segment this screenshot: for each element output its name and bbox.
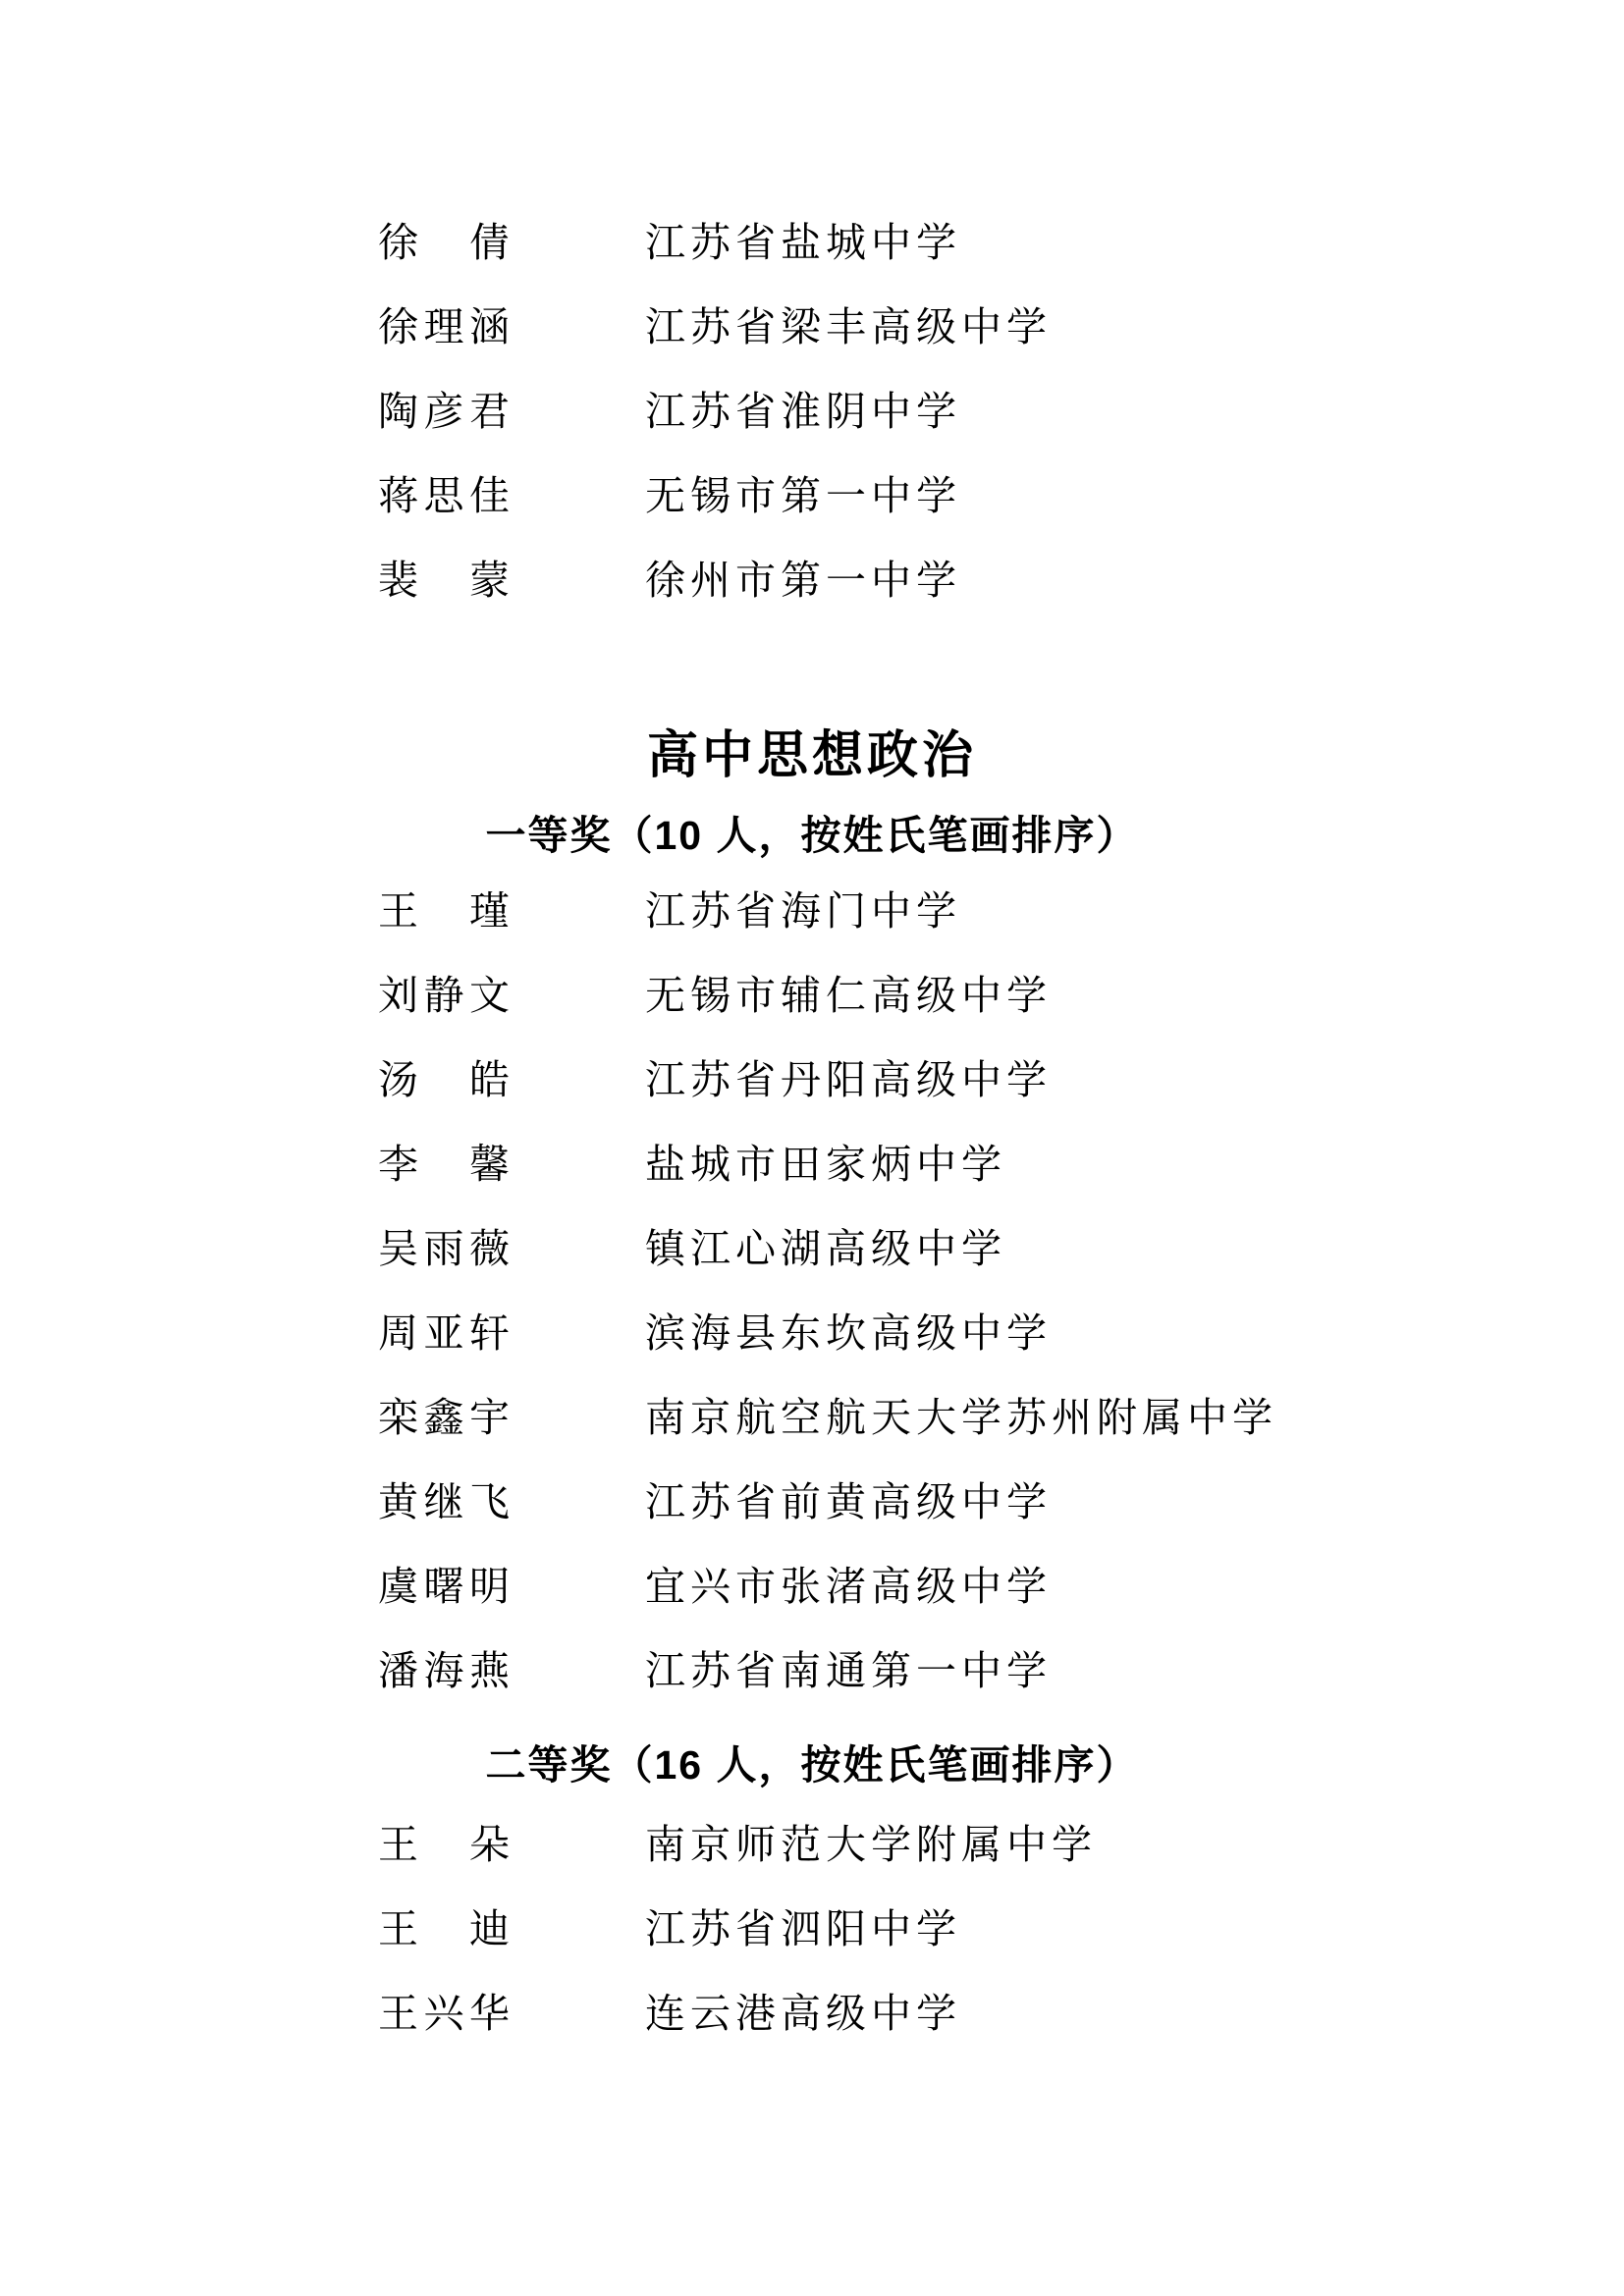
awardee-name: 徐理涵	[378, 307, 510, 347]
awardee-school: 江苏省盐城中学	[645, 223, 961, 263]
document-page: 徐 倩 江苏省盐城中学 徐理涵 江苏省梁丰高级中学 陶彦君 江苏省淮阴中学 蒋思…	[0, 0, 1624, 2296]
awardee-name: 栾鑫宇	[378, 1398, 510, 1438]
award-entry-row: 潘海燕 江苏省南通第一中学	[0, 1629, 1624, 1713]
award-entry-row: 蒋思佳 无锡市第一中学	[0, 454, 1624, 538]
awardee-school: 江苏省梁丰高级中学	[645, 307, 1052, 347]
awardee-name: 王 迪	[378, 1909, 510, 1949]
awardee-school: 江苏省南通第一中学	[645, 1651, 1052, 1691]
prize-group-heading-second: 二等奖（16 人，按姓氏笔画排序）	[0, 1729, 1624, 1793]
award-entry-row: 王 迪 江苏省泗阳中学	[0, 1887, 1624, 1971]
award-entry-row: 栾鑫宇 南京航空航天大学苏州附属中学	[0, 1375, 1624, 1460]
awardee-school: 无锡市第一中学	[645, 476, 961, 516]
section-title: 高中思想政治	[0, 701, 1624, 799]
awardee-school: 镇江心湖高级中学	[645, 1229, 1006, 1269]
award-entry-row: 刘静文 无锡市辅仁高级中学	[0, 953, 1624, 1038]
award-entry-row: 周亚轩 滨海县东坎高级中学	[0, 1291, 1624, 1375]
awardee-school: 江苏省泗阳中学	[645, 1909, 961, 1949]
award-entry-row: 李 馨 盐城市田家炳中学	[0, 1122, 1624, 1206]
award-entry-row: 徐理涵 江苏省梁丰高级中学	[0, 285, 1624, 369]
awardee-school: 连云港高级中学	[645, 1994, 961, 2034]
awardee-school: 宜兴市张渚高级中学	[645, 1567, 1052, 1607]
award-entry-row: 吴雨薇 镇江心湖高级中学	[0, 1206, 1624, 1291]
awardee-name: 周亚轩	[378, 1313, 510, 1354]
award-entry-row: 王 瑾 江苏省海门中学	[0, 869, 1624, 953]
awardee-school: 江苏省前黄高级中学	[645, 1482, 1052, 1522]
awardee-name: 王 朵	[378, 1825, 510, 1865]
awardee-name: 裴 蒙	[378, 561, 510, 601]
awardee-name: 吴雨薇	[378, 1229, 510, 1269]
awardee-name: 王兴华	[378, 1994, 510, 2034]
awardee-name: 蒋思佳	[378, 476, 510, 516]
awardee-school: 无锡市辅仁高级中学	[645, 976, 1052, 1016]
awardee-name: 黄继飞	[378, 1482, 510, 1522]
award-entry-row: 裴 蒙 徐州市第一中学	[0, 538, 1624, 622]
award-entry-row: 黄继飞 江苏省前黄高级中学	[0, 1460, 1624, 1544]
awardee-school: 徐州市第一中学	[645, 561, 961, 601]
award-entry-row: 虞曙明 宜兴市张渚高级中学	[0, 1544, 1624, 1629]
award-entry-row: 王兴华 连云港高级中学	[0, 1971, 1624, 2056]
awardee-school: 江苏省海门中学	[645, 891, 961, 932]
award-entry-row: 汤 皓 江苏省丹阳高级中学	[0, 1038, 1624, 1122]
awardee-name: 汤 皓	[378, 1060, 510, 1100]
award-entry-row: 徐 倩 江苏省盐城中学	[0, 200, 1624, 285]
page-content: 徐 倩 江苏省盐城中学 徐理涵 江苏省梁丰高级中学 陶彦君 江苏省淮阴中学 蒋思…	[0, 200, 1624, 2056]
awardee-name: 徐 倩	[378, 223, 510, 263]
awardee-name: 刘静文	[378, 976, 510, 1016]
awardee-name: 陶彦君	[378, 392, 510, 432]
awardee-name: 王 瑾	[378, 891, 510, 932]
awardee-name: 潘海燕	[378, 1651, 510, 1691]
awardee-school: 南京航空航天大学苏州附属中学	[645, 1398, 1277, 1438]
awardee-school: 江苏省淮阴中学	[645, 392, 961, 432]
awardee-school: 江苏省丹阳高级中学	[645, 1060, 1052, 1100]
awardee-school: 滨海县东坎高级中学	[645, 1313, 1052, 1354]
award-entry-row: 陶彦君 江苏省淮阴中学	[0, 369, 1624, 454]
awardee-name: 李 馨	[378, 1145, 510, 1185]
awardee-school: 盐城市田家炳中学	[645, 1145, 1006, 1185]
award-entry-row: 王 朵 南京师范大学附属中学	[0, 1802, 1624, 1887]
prize-group-heading-first: 一等奖（10 人，按姓氏笔画排序）	[0, 799, 1624, 864]
awardee-school: 南京师范大学附属中学	[645, 1825, 1097, 1865]
awardee-name: 虞曙明	[378, 1567, 510, 1607]
